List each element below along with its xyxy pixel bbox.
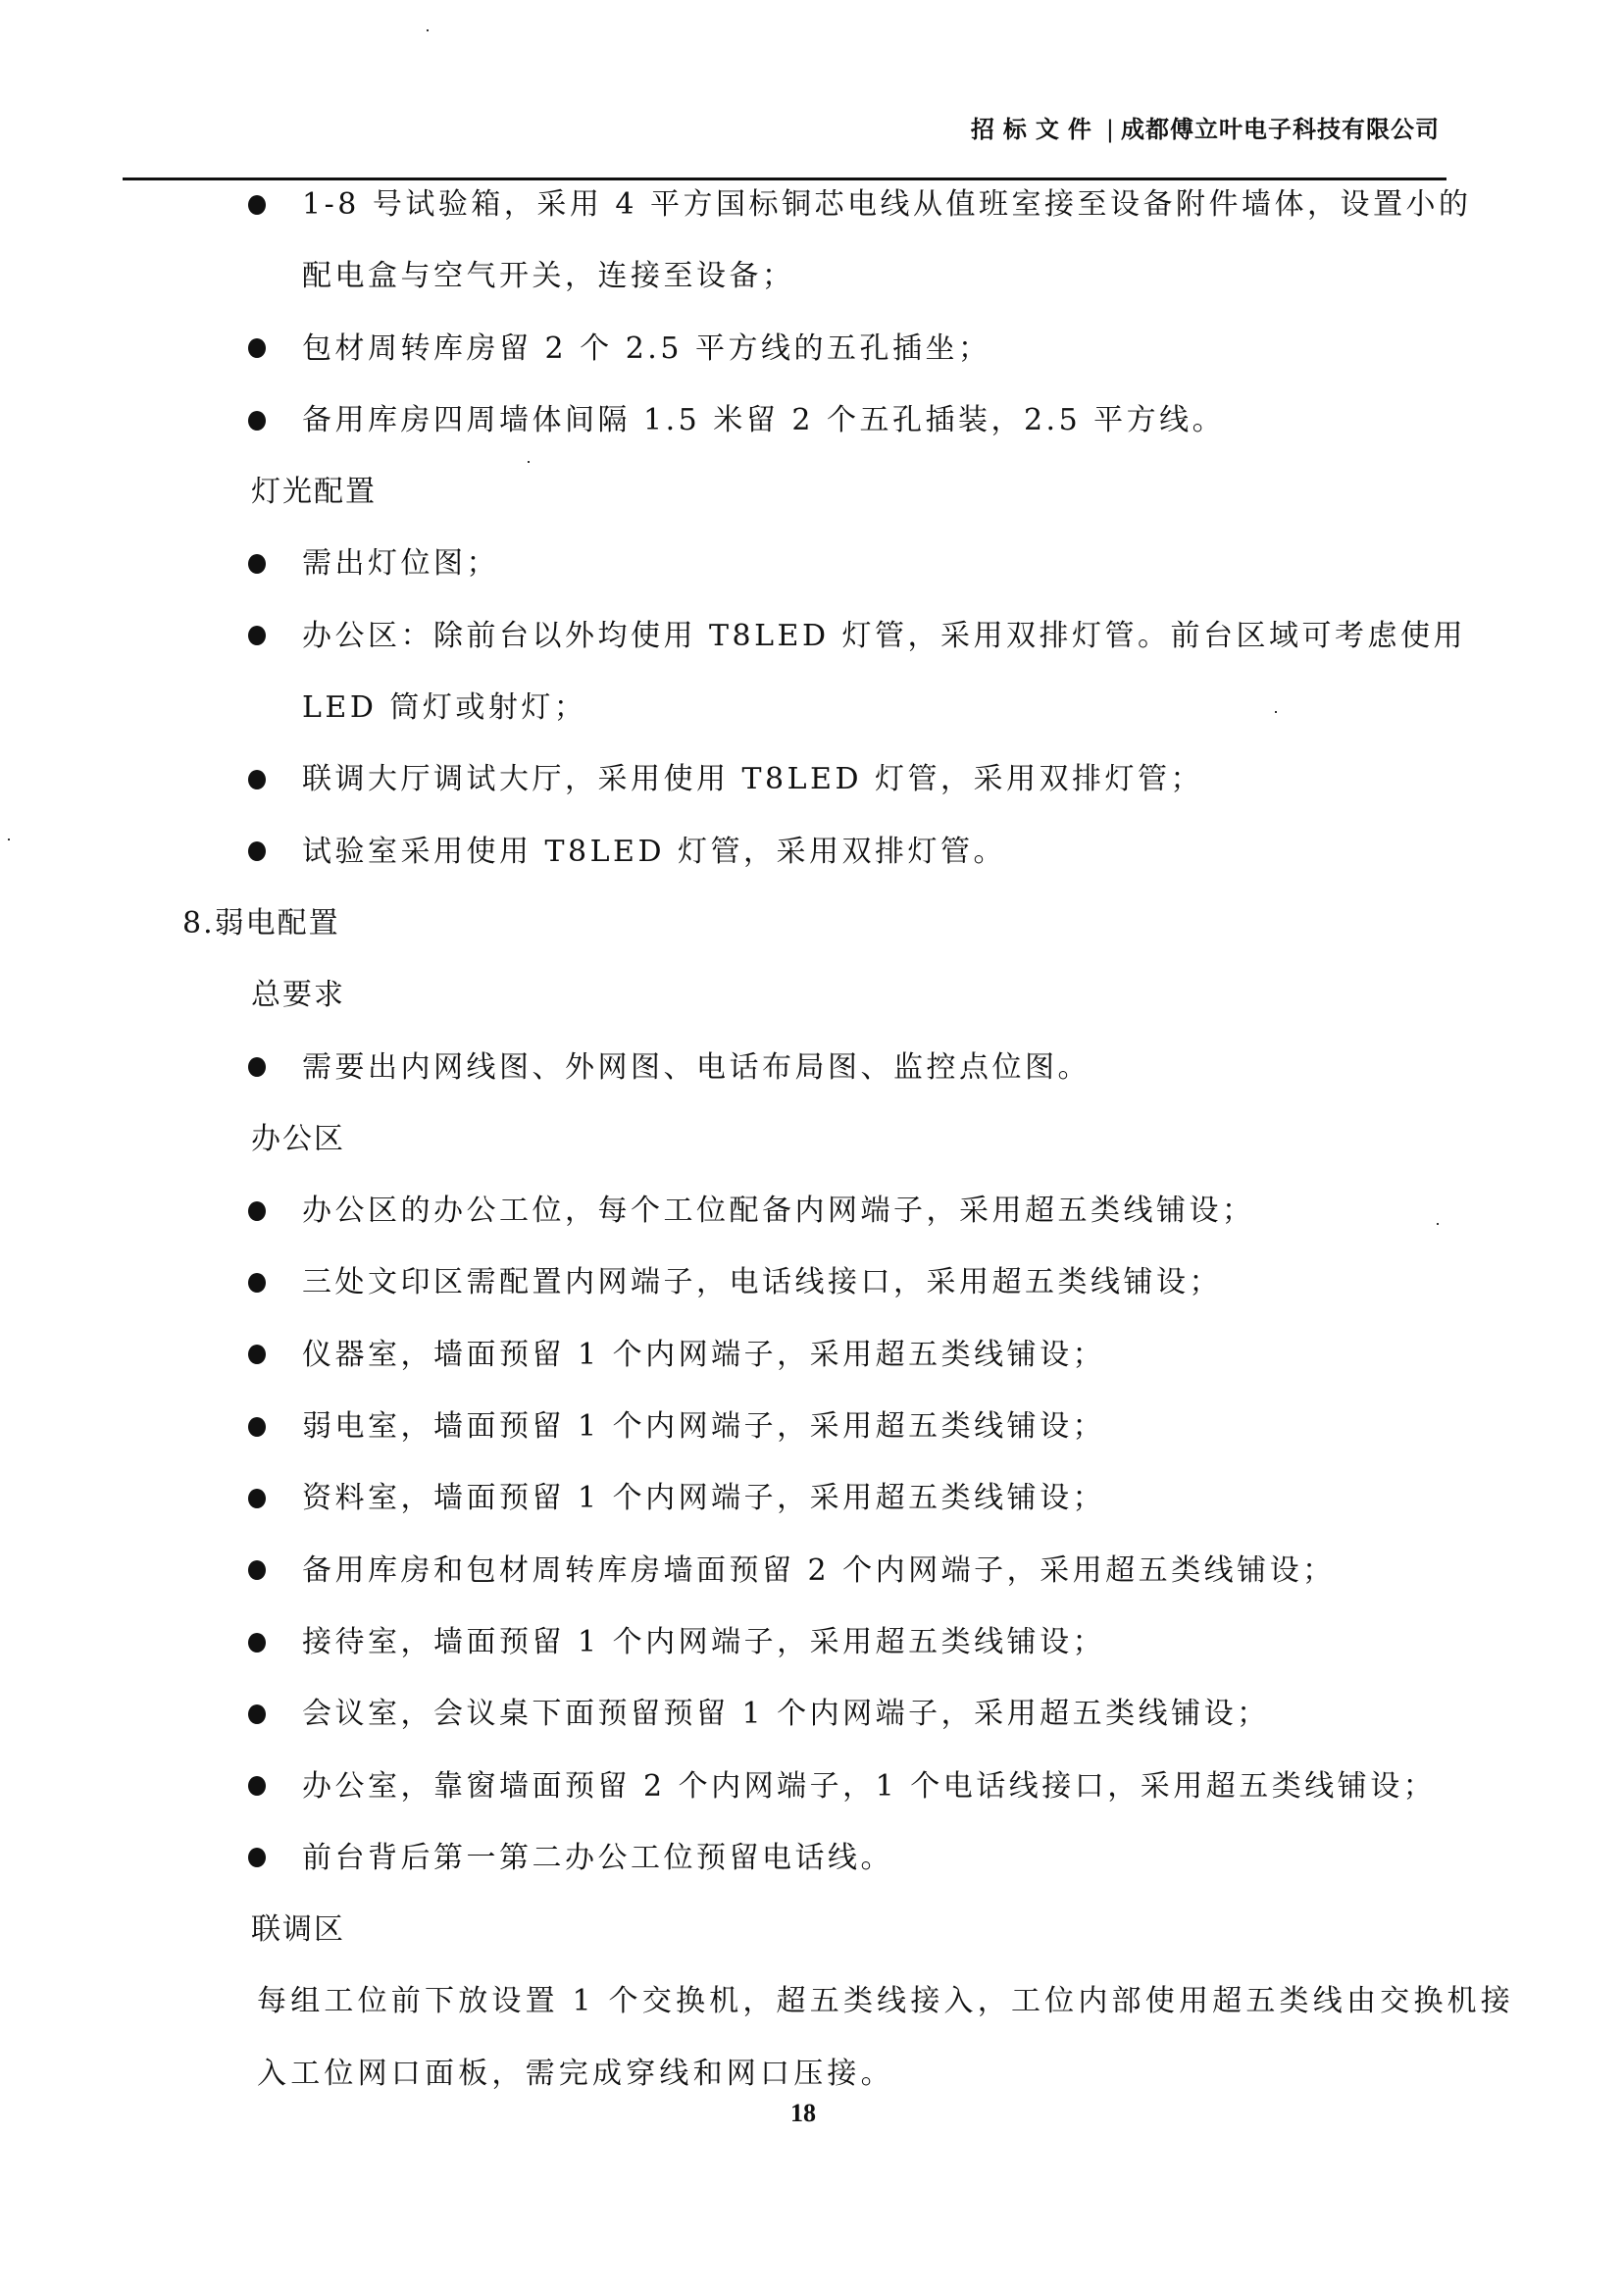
list-item-text: 会议室，会议桌下面预留预留 1 个内网端子，采用超五类线铺设； [302,1678,1270,1750]
list-item: 接待室，墙面预留 1 个内网端子，采用超五类线铺设； [0,1606,1624,1678]
scan-speck [528,461,530,463]
bullet-icon [248,1417,266,1437]
bullet-icon [248,554,266,574]
bullet-icon [248,1560,266,1580]
list-item-text: 前台背后第一第二办公工位预留电话线。 [302,1822,893,1894]
list-item: 前台背后第一第二办公工位预留电话线。 [0,1822,1624,1894]
scan-speck [1275,711,1277,713]
company-name: 成都傅立叶电子科技有限公司 [1121,116,1440,143]
subheading-lighting: 灯光配置 [0,456,1624,528]
list-item-text: 办公室，靠窗墙面预留 2 个内网端子，1 个电话线接口，采用超五类线铺设； [302,1751,1436,1822]
list-item: 1-8 号试验箱，采用 4 平方国标铜芯电线从值班室接至设备附件墙体，设置小的 [0,169,1624,240]
list-item-continuation: 配电盒与空气开关，连接至设备； [0,240,1624,312]
bullet-icon [248,411,266,431]
list-item: 会议室，会议桌下面预留预留 1 个内网端子，采用超五类线铺设； [0,1678,1624,1750]
subheading-general-requirements: 总要求 [0,959,1624,1031]
list-item-text: 备用库房和包材周转库房墙面预留 2 个内网端子，采用超五类线铺设； [302,1535,1336,1606]
bullet-icon [248,1704,266,1724]
bullet-icon [248,626,266,645]
bullet-icon [248,1345,266,1364]
list-item: 需要出内网线图、外网图、电话布局图、监控点位图。 [0,1032,1624,1103]
scan-speck [8,839,10,840]
header-separator: | [1106,116,1115,143]
list-item-text: 联调大厅调试大厅，采用使用 T8LED 灯管，采用双排灯管； [302,743,1203,815]
list-item-text: 三处文印区需配置内网端子，电话线接口，采用超五类线铺设； [302,1246,1222,1318]
bullet-icon [248,1489,266,1508]
bullet-icon [248,1848,266,1867]
list-item-text: 办公区的办公工位，每个工位配备内网端子，采用超五类线铺设； [302,1175,1255,1246]
list-item-text: 配电盒与空气开关，连接至设备； [302,240,795,312]
scan-speck [1437,1223,1439,1225]
section-heading-weak-current: 8.弱电配置 [0,888,1624,959]
list-item-continuation: LED 筒灯或射灯； [0,672,1624,743]
page-header: 招标文件|成都傅立叶电子科技有限公司 [971,110,1440,144]
list-item: 办公室，靠窗墙面预留 2 个内网端子，1 个电话线接口，采用超五类线铺设； [0,1751,1624,1822]
list-item-text: 1-8 号试验箱，采用 4 平方国标铜芯电线从值班室接至设备附件墙体，设置小的 [302,169,1472,240]
bullet-icon [248,770,266,789]
list-item: 备用库房和包材周转库房墙面预留 2 个内网端子，采用超五类线铺设； [0,1535,1624,1606]
list-item: 仪器室，墙面预留 1 个内网端子，采用超五类线铺设； [0,1319,1624,1391]
list-item: 试验室采用使用 T8LED 灯管，采用双排灯管。 [0,816,1624,888]
paragraph-text: 每组工位前下放设置 1 个交换机，超五类线接入，工位内部使用超五类线由交换机接 [257,1965,1514,2037]
subheading-joint-debug-area: 联调区 [0,1894,1624,1965]
list-item-text: 资料室，墙面预留 1 个内网端子，采用超五类线铺设； [302,1462,1105,1534]
list-item: 需出灯位图； [0,528,1624,599]
document-type: 招标文件 [971,116,1100,143]
list-item: 三处文印区需配置内网端子，电话线接口，采用超五类线铺设； [0,1246,1624,1318]
list-item: 弱电室，墙面预留 1 个内网端子，采用超五类线铺设； [0,1391,1624,1462]
page-number: 18 [790,2099,816,2128]
list-item-text: 办公区：除前台以外均使用 T8LED 灯管，采用双排灯管。前台区域可考虑使用 [302,600,1466,672]
bullet-icon [248,1201,266,1221]
list-item: 备用库房四周墙体间隔 1.5 米留 2 个五孔插装，2.5 平方线。 [0,384,1624,456]
subheading-office-area: 办公区 [0,1103,1624,1175]
list-item: 包材周转库房留 2 个 2.5 平方线的五孔插坐； [0,313,1624,384]
bullet-icon [248,841,266,861]
paragraph-line: 每组工位前下放设置 1 个交换机，超五类线接入，工位内部使用超五类线由交换机接 [0,1965,1624,2037]
list-item-text: 需要出内网线图、外网图、电话布局图、监控点位图。 [302,1032,1091,1103]
list-item: 办公区：除前台以外均使用 T8LED 灯管，采用双排灯管。前台区域可考虑使用 [0,600,1624,672]
document-body: 1-8 号试验箱，采用 4 平方国标铜芯电线从值班室接至设备附件墙体，设置小的 … [0,169,1624,2110]
bullet-icon [248,195,266,215]
list-item: 资料室，墙面预留 1 个内网端子，采用超五类线铺设； [0,1462,1624,1534]
list-item-text: 包材周转库房留 2 个 2.5 平方线的五孔插坐； [302,313,990,384]
list-item-text: 仪器室，墙面预留 1 个内网端子，采用超五类线铺设； [302,1319,1105,1391]
bullet-icon [248,1057,266,1077]
subheading-text: 总要求 [251,959,345,1031]
list-item-text: LED 筒灯或射灯； [302,672,586,743]
bullet-icon [248,1273,266,1293]
subheading-text: 办公区 [251,1103,345,1175]
list-item: 办公区的办公工位，每个工位配备内网端子，采用超五类线铺设； [0,1175,1624,1246]
scan-speck [427,29,429,31]
list-item-text: 接待室，墙面预留 1 个内网端子，采用超五类线铺设； [302,1606,1105,1678]
list-item: 联调大厅调试大厅，采用使用 T8LED 灯管，采用双排灯管； [0,743,1624,815]
list-item-text: 弱电室，墙面预留 1 个内网端子，采用超五类线铺设； [302,1391,1105,1462]
bullet-icon [248,1633,266,1653]
bullet-icon [248,338,266,358]
section-heading-text: 8.弱电配置 [182,888,340,959]
bullet-icon [248,1776,266,1796]
subheading-text: 灯光配置 [251,456,377,528]
subheading-text: 联调区 [251,1894,345,1965]
list-item-text: 备用库房四周墙体间隔 1.5 米留 2 个五孔插装，2.5 平方线。 [302,384,1225,456]
list-item-text: 需出灯位图； [302,528,499,599]
list-item-text: 试验室采用使用 T8LED 灯管，采用双排灯管。 [302,816,1006,888]
